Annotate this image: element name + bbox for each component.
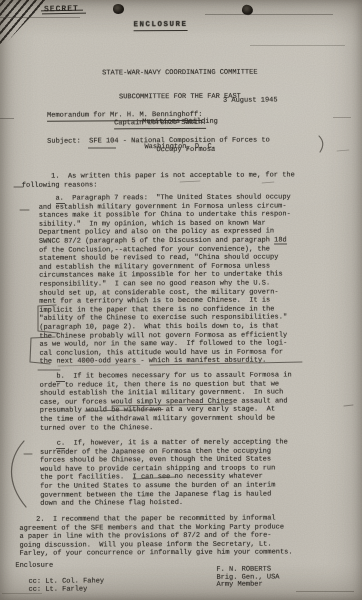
signature-block: F. N. ROBERTS Brig. Gen., USA Army Membe… <box>216 566 279 589</box>
enclosure-note: Enclosure <box>15 562 53 571</box>
enclosure-heading-text: ENCLOSURE <box>134 21 188 31</box>
scanned-memo-page: SECRET ENCLOSURE STATE-WAR-NAVY COORDINA… <box>0 0 362 600</box>
body-paragraph-1: 1. As written this paper is not acceptab… <box>13 171 295 190</box>
body-paragraph-a: a. Paragraph 7 reads: "The United States… <box>13 193 291 366</box>
letterhead-subcommittee: SUBCOMMITTEE FOR THE FAR EAST <box>0 93 361 103</box>
enclosure-heading: ENCLOSURE <box>0 20 323 30</box>
body-paragraph-b: b. If it becomes necessary for us to ass… <box>14 371 292 433</box>
date-line: 3 August 1945 <box>223 96 278 105</box>
document-text-layer: ENCLOSURE STATE-WAR-NAVY COORDINATING CO… <box>0 0 362 600</box>
letterhead-committee: STATE-WAR-NAVY COORDINATING COMMITTEE <box>0 68 361 78</box>
addressee-line-2: Captain Lorenzo Sabin: <box>114 119 206 130</box>
body-paragraph-c: c. If, however, it is a matter of merely… <box>15 438 288 508</box>
cc-list: cc: Lt. Col. Fahey cc: Lt. Farley <box>28 577 104 593</box>
body-paragraph-2: 2. I recommend that the paper be recommi… <box>15 514 292 558</box>
subject-line: Subject: SFE 104 - National Composition … <box>47 137 270 155</box>
